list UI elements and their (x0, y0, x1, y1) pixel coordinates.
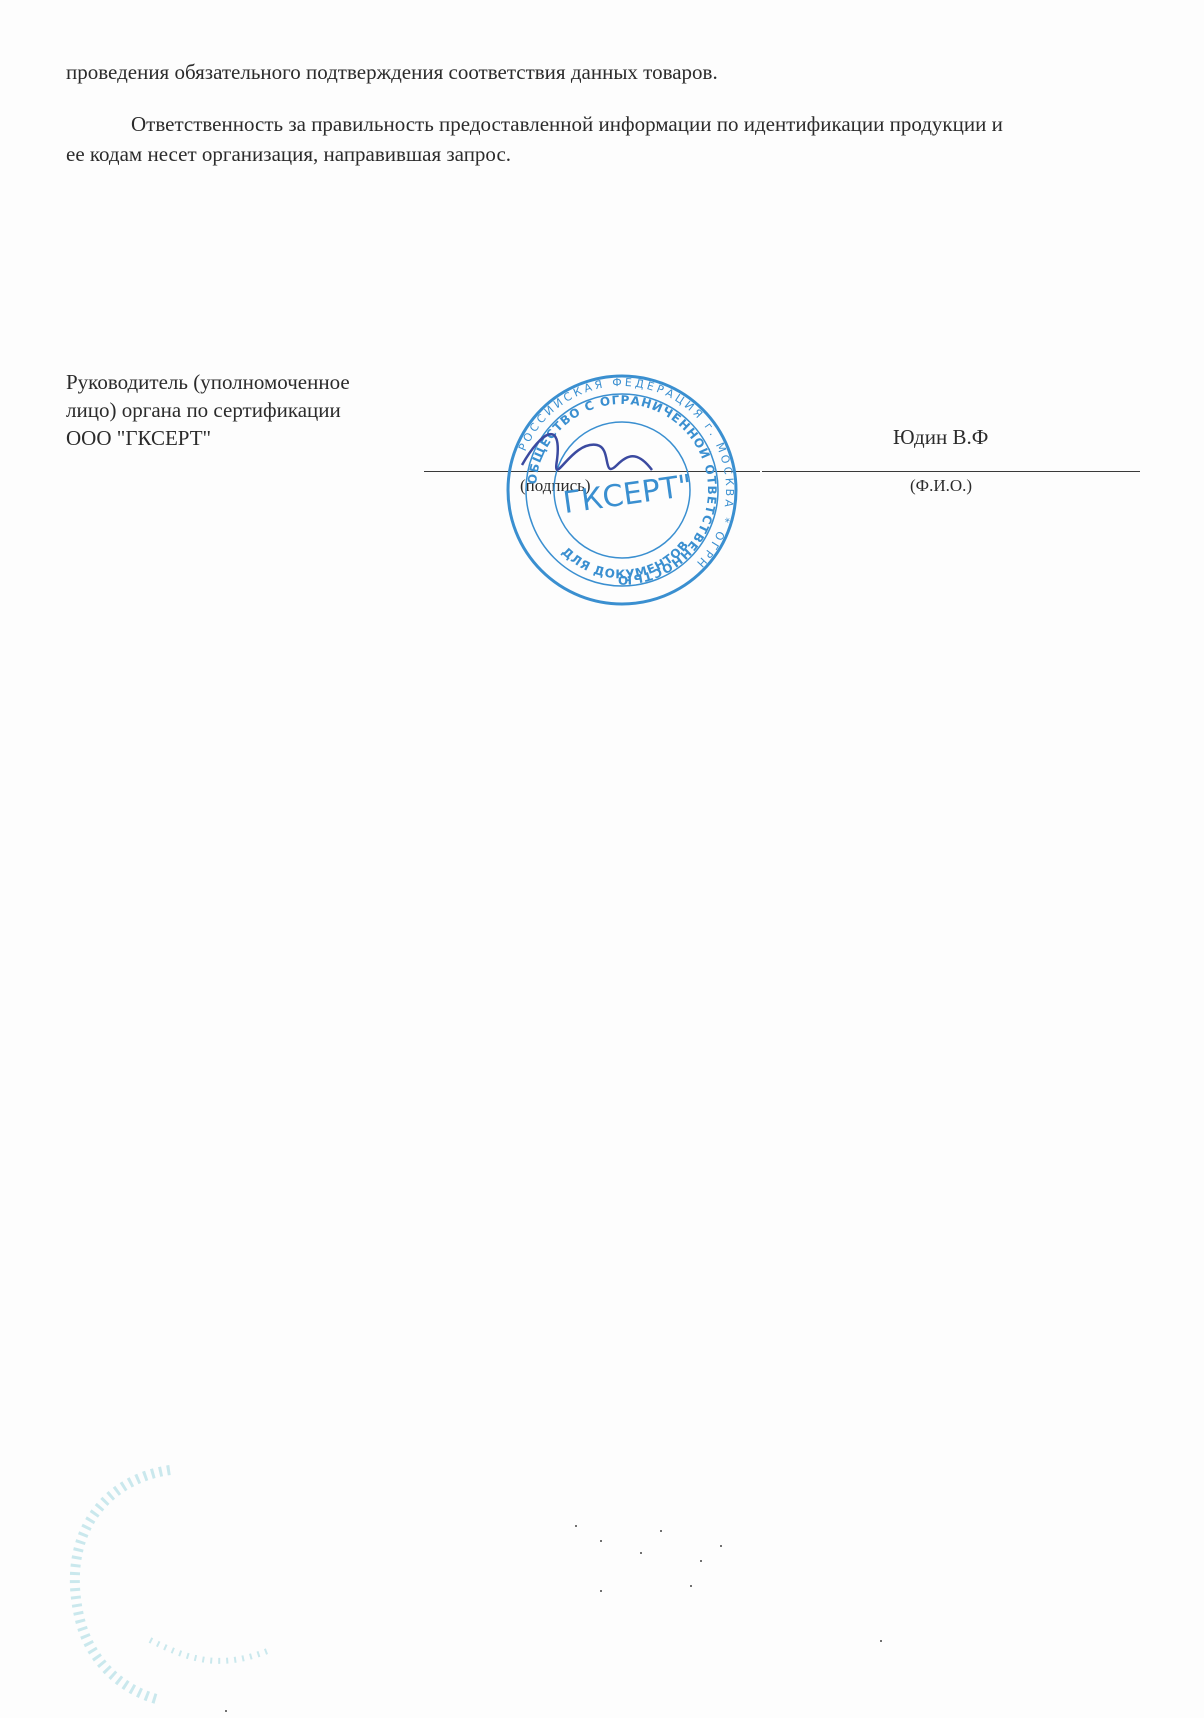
paragraph-2-line-1: Ответственность за правильность предоста… (131, 112, 1003, 137)
paragraph-1: проведения обязательного подтверждения с… (66, 60, 718, 85)
position-line-3: ООО "ГКСЕРТ" (66, 424, 350, 452)
name-line (762, 471, 1140, 472)
paragraph-2-line-2: ее кодам несет организация, направившая … (66, 142, 511, 167)
svg-text:ГКСЕРТ": ГКСЕРТ" (561, 468, 694, 521)
name-caption: (Ф.И.О.) (910, 476, 972, 496)
signatory-position: Руководитель (уполномоченное лицо) орган… (66, 368, 350, 452)
position-line-2: лицо) органа по сертификации (66, 396, 350, 424)
position-line-1: Руководитель (уполномоченное (66, 368, 350, 396)
svg-text:ДЛЯ ДОКУМЕНТОВ: ДЛЯ ДОКУМЕНТОВ (559, 538, 692, 582)
company-stamp-icon: РОССИЙСКАЯ ФЕДЕРАЦИЯ г. МОСКВА * ОГРН ОБ… (502, 370, 742, 610)
faint-stamp-imprint-icon (20, 1440, 320, 1718)
signatory-name: Юдин В.Ф (893, 425, 988, 450)
